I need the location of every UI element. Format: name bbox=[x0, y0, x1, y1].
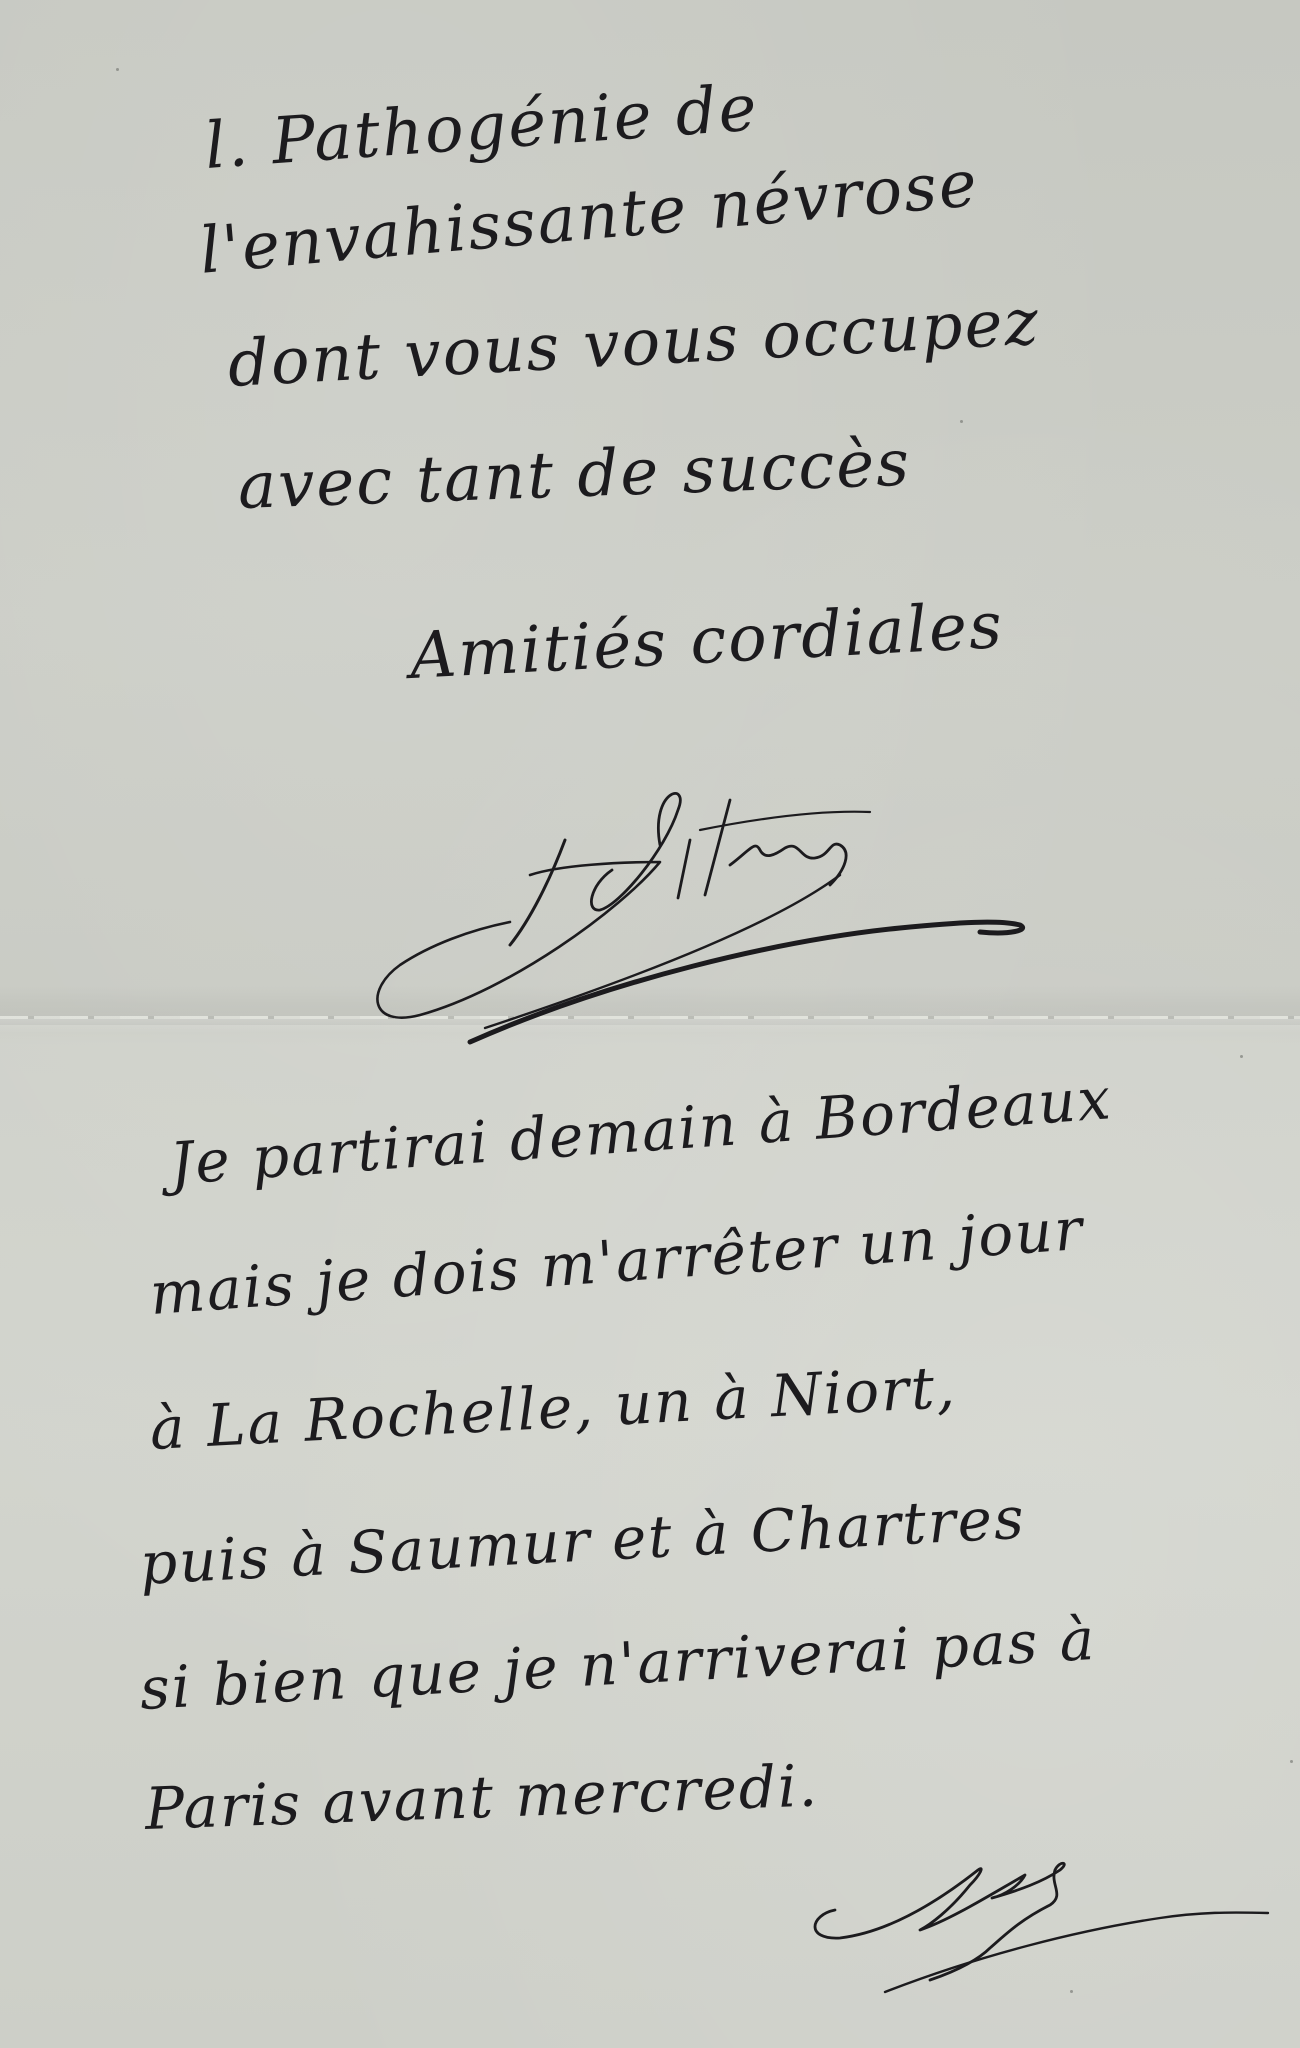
letter-line-1: l. Pathogénie de bbox=[202, 71, 760, 184]
postscript-line-5: si bien que je n'arriverai pas à bbox=[138, 1605, 1098, 1723]
paper-speck bbox=[116, 68, 119, 71]
letter-line-4: avec tant de succès bbox=[237, 427, 912, 524]
postscript-line-4: puis à Saumur et à Chartres bbox=[138, 1484, 1027, 1598]
letter-closing: Amitiés cordiales bbox=[408, 589, 1005, 694]
paper-speck bbox=[1240, 1055, 1243, 1058]
paper-speck bbox=[960, 420, 963, 423]
signature-pitres bbox=[360, 770, 1260, 1050]
postscript-line-3: à La Rochelle, un à Niort, bbox=[148, 1353, 958, 1463]
letter-page: l. Pathogénie de l'envahissante névrose … bbox=[0, 0, 1300, 2048]
postscript-line-6: Paris avant mercredi. bbox=[144, 1751, 820, 1842]
postscript-line-2: mais je dois m'arrêter un jour bbox=[148, 1195, 1087, 1328]
postscript-line-1: Je partirai demain à Bordeaux bbox=[168, 1064, 1115, 1198]
paper-speck bbox=[1290, 1760, 1293, 1763]
letter-line-3: dont vous vous occupez bbox=[226, 286, 1042, 402]
initials-signature bbox=[780, 1840, 1300, 2020]
